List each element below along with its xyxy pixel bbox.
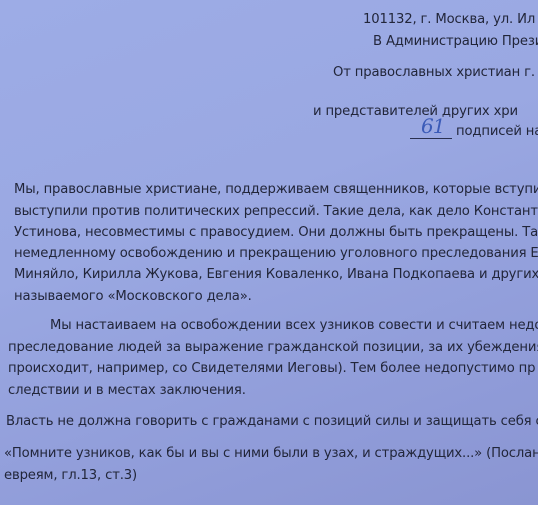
paragraph1-line3: Устинова, несовместимы с правосудием. Он… [14, 225, 538, 240]
paragraph1-line5: Миняйло, Кирилла Жукова, Евгения Ковален… [14, 267, 538, 282]
quote-line2: евреям, гл.13, ст.3) [4, 468, 137, 483]
recipient-line: В Администрацию Прези [373, 34, 538, 49]
others-line: и представителей других хри [313, 104, 518, 119]
signatures-label: подписей на [456, 124, 538, 139]
document-page: 101132, г. Москва, ул. Ил В Администраци… [0, 0, 538, 505]
quote-line1: «Помните узников, как бы и вы с ними был… [4, 446, 538, 461]
from-line: От православных христиан г. М [333, 65, 538, 80]
signatures-underline [410, 138, 452, 139]
paragraph1-line4: немедленному освобождению и прекращению … [14, 246, 538, 261]
paragraph3-line1: Власть не должна говорить с гражданами с… [6, 414, 538, 429]
paragraph2-line3: происходит, например, со Свидетелями Иег… [8, 361, 535, 376]
paragraph1-line6: называемого «Московского дела». [14, 289, 252, 304]
paragraph1-line1: Мы, православные христиане, поддерживаем… [14, 182, 538, 197]
paragraph2-line2: преследование людей за выражение граждан… [8, 340, 538, 355]
address-line: 101132, г. Москва, ул. Ил [363, 12, 535, 27]
paragraph1-line2: выступили против политических репрессий.… [14, 204, 538, 219]
paragraph2-line1: Мы настаиваем на освобождении всех узник… [50, 318, 538, 333]
signatures-count: 61 [421, 114, 444, 138]
paragraph2-line4: следствии и в местах заключения. [8, 383, 246, 398]
